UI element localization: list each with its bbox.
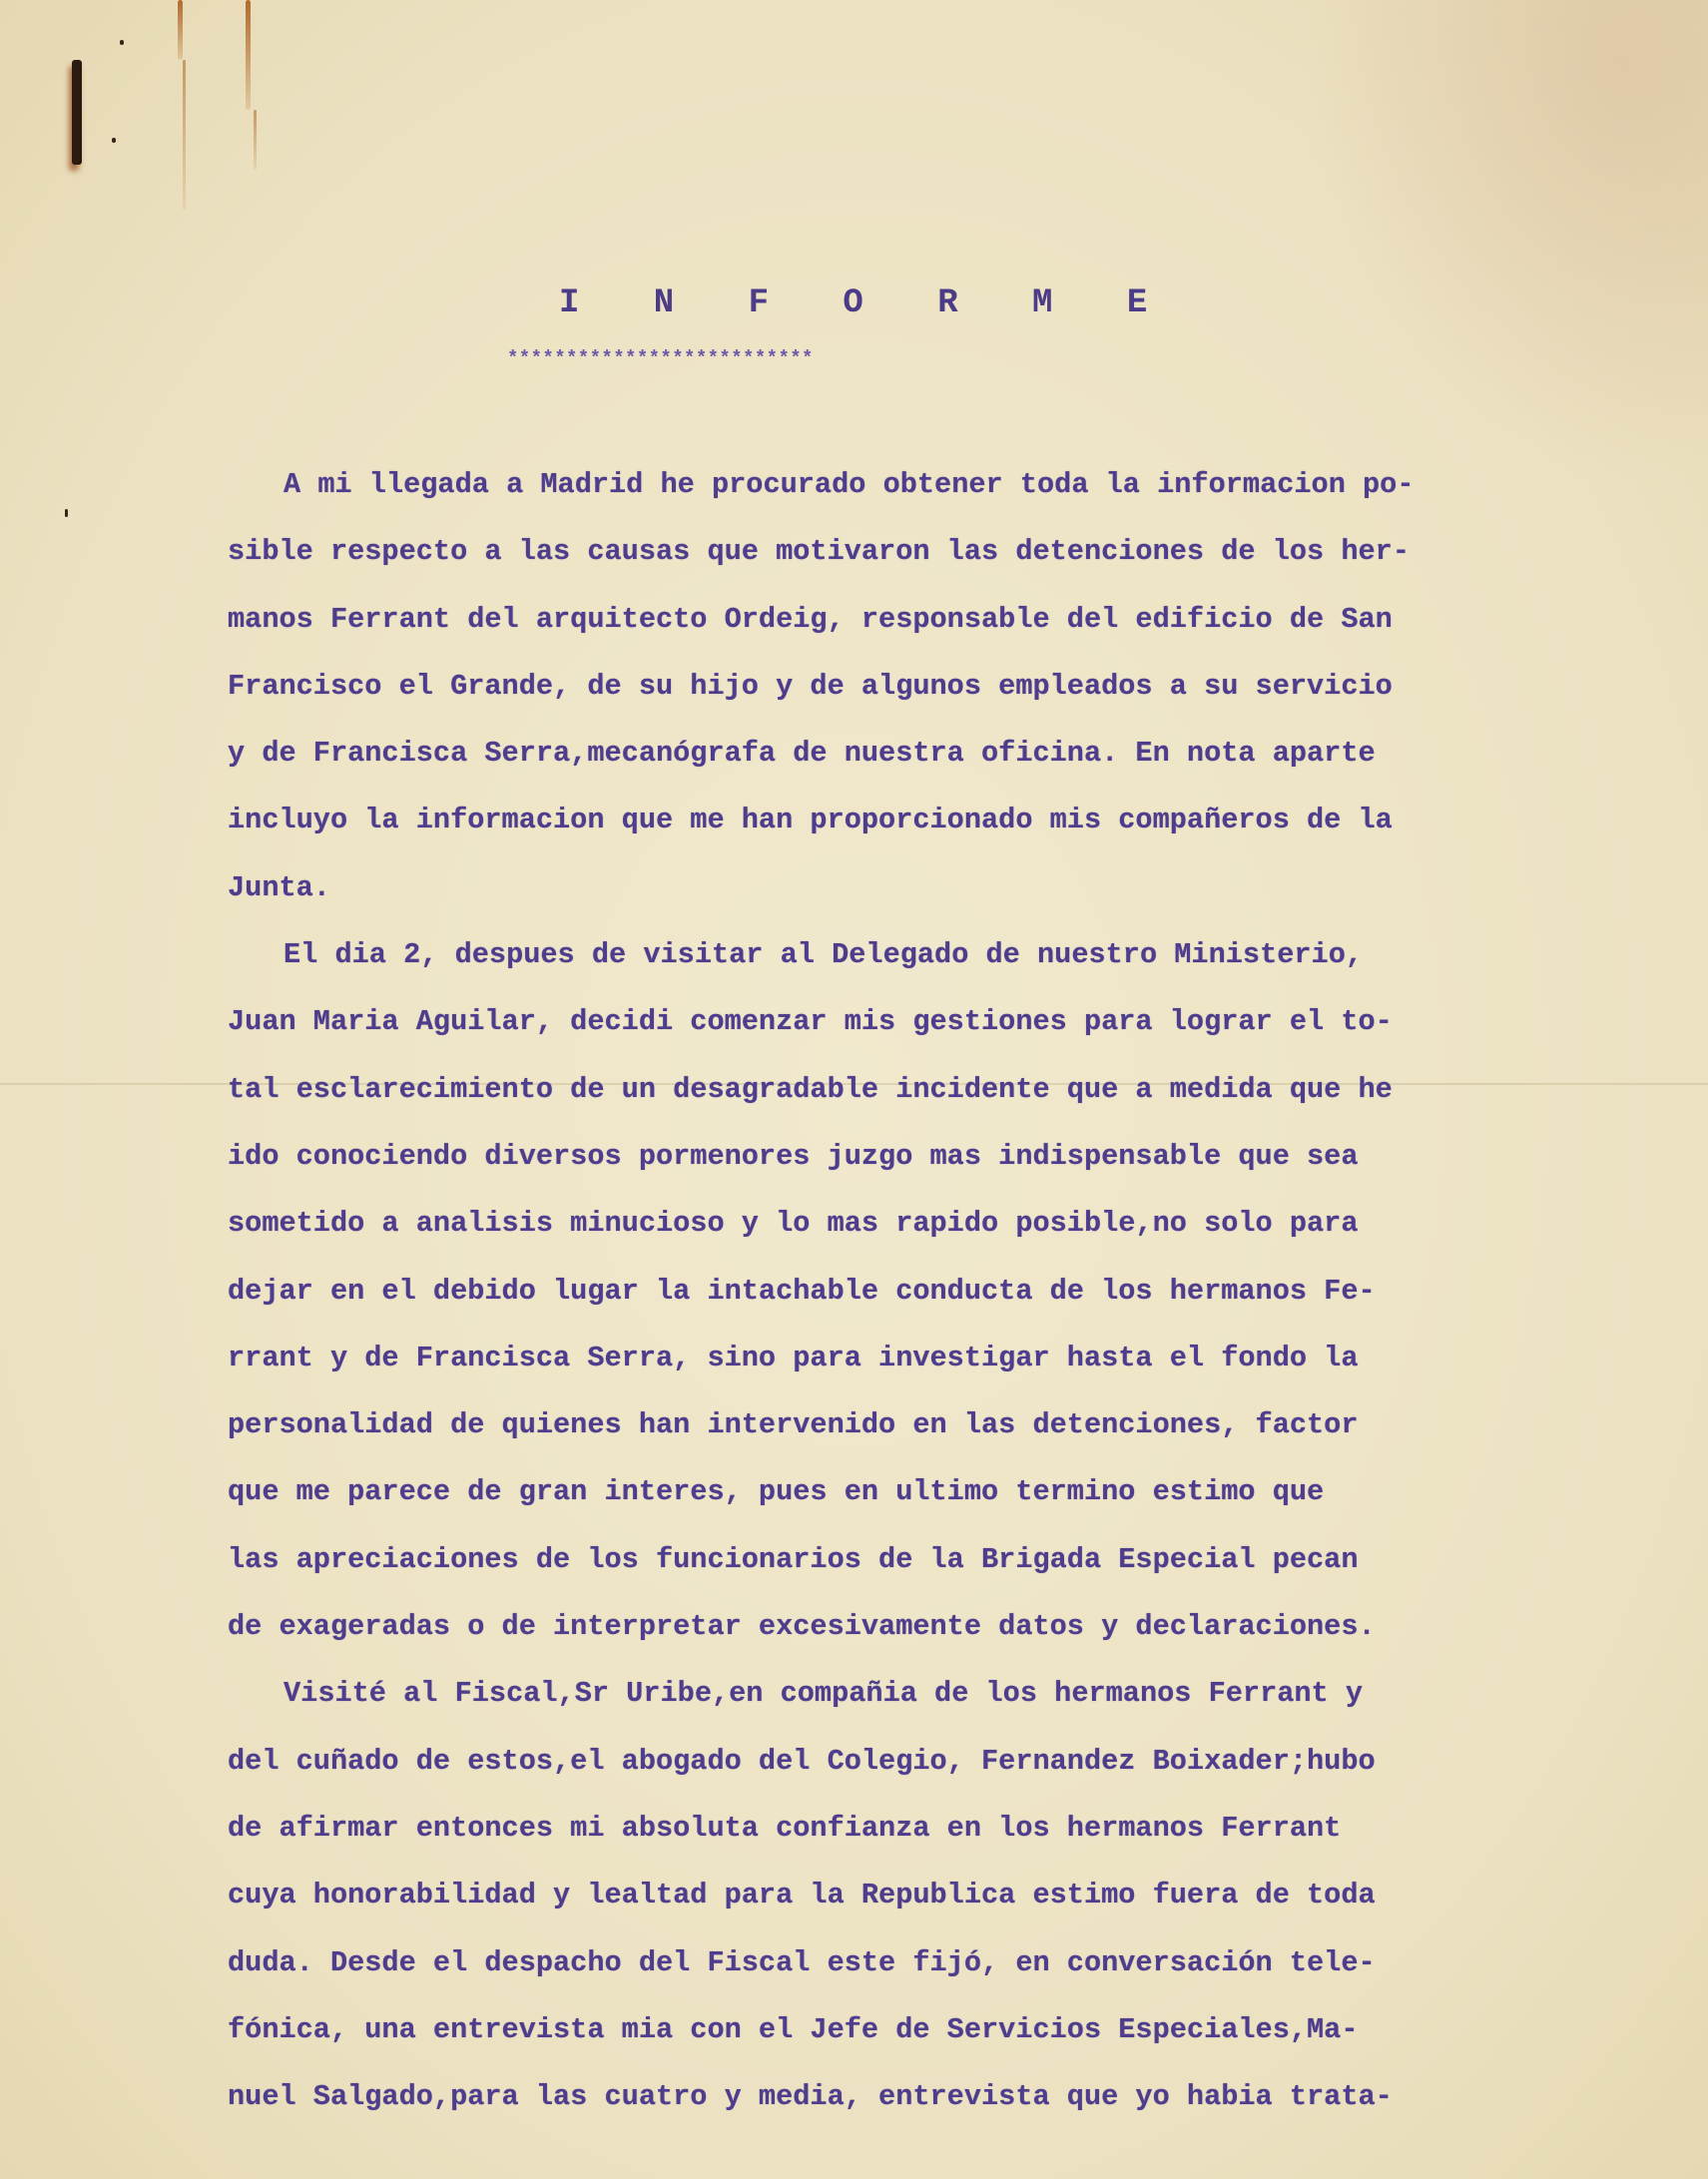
text-line: El dia 2, despues de visitar al Delegado… [228, 921, 1645, 988]
text-line: A mi llegada a Madrid he procurado obten… [228, 451, 1645, 518]
document-title: I N F O R M E [559, 284, 1174, 322]
text-line: Francisco el Grande, de su hijo y de alg… [228, 653, 1645, 720]
staple-mark [72, 60, 82, 165]
text-line: duda. Desde el despacho del Fiscal este … [228, 1929, 1645, 1996]
text-line: nuel Salgado,para las cuatro y media, en… [228, 2063, 1645, 2130]
text-line: de afirmar entonces mi absoluta confianz… [228, 1795, 1645, 1862]
paragraph-2: El dia 2, despues de visitar al Delegado… [228, 921, 1645, 1660]
rust-stain [246, 0, 251, 110]
ink-speck [112, 138, 116, 143]
text-line: sometido a analisis minucioso y lo mas r… [228, 1190, 1645, 1257]
text-line: del cuñado de estos,el abogado del Coleg… [228, 1728, 1645, 1795]
ink-speck [65, 509, 68, 517]
text-line: dejar en el debido lugar la intachable c… [228, 1258, 1645, 1325]
text-line: cuya honorabilidad y lealtad para la Rep… [228, 1862, 1645, 1928]
text-line: incluyo la informacion que me han propor… [228, 787, 1645, 853]
text-line: Visité al Fiscal,Sr Uribe,en compañia de… [228, 1660, 1645, 1727]
title-underline: ************************** [507, 347, 814, 369]
text-line: manos Ferrant del arquitecto Ordeig, res… [228, 586, 1645, 653]
text-line: personalidad de quienes han intervenido … [228, 1391, 1645, 1458]
paragraph-3: Visité al Fiscal,Sr Uribe,en compañia de… [228, 1660, 1645, 2130]
text-line: y de Francisca Serra,mecanógrafa de nues… [228, 720, 1645, 787]
text-line: tal esclarecimiento de un desagradable i… [228, 1056, 1645, 1123]
paragraph-1: A mi llegada a Madrid he procurado obten… [228, 451, 1645, 921]
text-line: de exageradas o de interpretar excesivam… [228, 1593, 1645, 1660]
rust-stain [183, 60, 186, 210]
text-line: rrant y de Francisca Serra, sino para in… [228, 1325, 1645, 1391]
document-body: A mi llegada a Madrid he procurado obten… [228, 451, 1645, 2130]
text-line: las apreciaciones de los funcionarios de… [228, 1526, 1645, 1593]
text-line: fónica, una entrevista mia con el Jefe d… [228, 1996, 1645, 2063]
rust-stain [178, 0, 183, 60]
text-line: Junta. [228, 854, 1645, 921]
text-line: Juan Maria Aguilar, decidi comenzar mis … [228, 988, 1645, 1055]
text-line: ido conociendo diversos pormenores juzgo… [228, 1123, 1645, 1190]
ink-speck [120, 40, 124, 45]
rust-stain [254, 110, 257, 170]
text-line: que me parece de gran interes, pues en u… [228, 1458, 1645, 1525]
text-line: sible respecto a las causas que motivaro… [228, 518, 1645, 585]
